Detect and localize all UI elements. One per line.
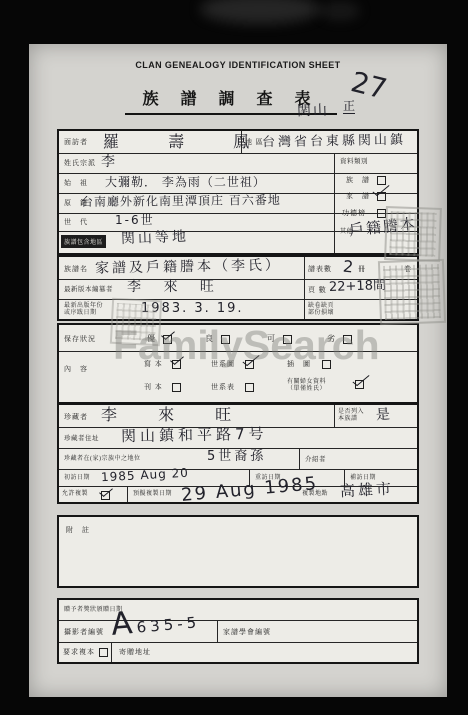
content-print-label: 刊 本 [144,383,163,391]
handwritten-check-mark: 正 [343,100,355,114]
condition-poor-checkbox [343,335,352,344]
holder-position-label: 珍藏者在(家)宗族中之地位 [64,456,141,463]
women-label-line2: （單僅姓氏） [287,386,326,392]
society-number-label: 家譜學會編號 [223,628,271,636]
copy-place-value: 高雄市 [340,482,395,500]
copy-date-value: 29 Aug 1985 [180,475,318,505]
pages-value: 22+18間 [329,279,386,294]
scanned-genealogy-sheet: { "header": { "en_title": "CLAN GENEALOG… [0,0,468,715]
surname-value: 李 [101,155,115,169]
volumes-unit-ce: 冊 [358,265,366,273]
section-subject-table: 面訪者 羅 壽 鳳 地 區 台灣省台東縣関山鎮 姓氏宗派 李 始 祖 大彌勒． … [57,129,419,255]
section-genealogy-table: 族譜名 家譜及戶籍謄本（李氏） 譜表數 2 冊 卷 最新版本編纂者 李 來 旺 … [57,255,419,321]
condition-label: 保存狀況 [64,335,96,343]
content-manuscript-label: 寫 本 [144,360,163,368]
missing-label: 缺卷缺頁 部份損壞 [308,303,334,317]
content-table-label: 世系表 [211,383,235,391]
missing-label-line1: 缺卷缺頁 [308,303,334,309]
request-copy-label: 要求複本 [63,648,95,656]
condition-fair-label: 可 [267,334,277,344]
content-label: 內 容 [64,365,88,373]
pubdate-label-line1: 最新出版年份 [64,303,103,309]
first-visit-value: 1985 Aug 20 [101,467,189,484]
holder-address-value: 関山鎮和平路7号 [121,427,268,445]
interviewee-label: 面訪者 [64,138,88,146]
category-other-value: 戶籍謄本 [348,216,417,238]
mailing-address-label: 寄贈地址 [119,648,151,656]
condition-good-checkbox [221,335,230,344]
condition-good-label: 良 [205,334,215,344]
holder-address-label: 珍藏者住址 [64,435,99,443]
handwritten-place: 関山 [297,103,329,118]
compiler-label: 最新版本編纂者 [64,286,113,294]
handwritten-number: 27 [348,68,389,104]
content-chart-label: 世系圖 [211,360,235,368]
holder-label: 珍藏者 [64,413,88,421]
first-ancestor-value: 大彌勒． 李為雨（二世祖） [105,176,266,188]
pubdate-value: 1983. 3. 19. [141,302,244,315]
copy-permit-label: 允許複製 [62,491,88,498]
film-smudge [200,0,320,24]
section-notes-table: 附 註 [57,515,419,588]
pubdate-label-line2: 或序跋日期 [64,310,97,316]
condition-excellent-label: 優 [147,334,157,344]
listed-label-line1: 是否列入 [338,409,364,415]
notes-label: 附 註 [66,526,90,534]
introducer-label: 介紹者 [305,456,326,464]
volumes-value: 2 [342,259,354,276]
generations-label: 世 代 [64,218,88,226]
photographer-number-label: 攝影者編號 [64,628,104,636]
coverage-value: 関山等地 [121,230,189,246]
listed-label-line2: 本族譜 [338,416,358,422]
condition-poor-label: 劣 [327,334,337,344]
copy-date-label: 預擬複製日期 [133,491,172,498]
origin-value: 台南廳外新化南里潭頂庄 百六番地 [81,194,281,208]
volumes-unit-juan: 卷 [404,265,412,273]
section-condition-table: 保存狀況 優 良 可 劣 內 容 寫 本 世系圖 插 圖 刊 本 世系表 有關婦… [57,323,419,404]
volumes-label: 譜表數 [308,265,332,273]
category-item-zupu: 族 譜 [346,176,370,184]
content-table-checkbox [245,383,254,392]
document-page: CLAN GENEALOGY IDENTIFICATION SHEET 族 譜 … [29,44,447,697]
women-label-line1: 有關婦女資料 [287,379,326,385]
photographer-number-value: A635-5 [110,602,201,641]
holder-value: 李 來 旺 [101,407,249,423]
missing-label-line2: 部份損壞 [308,310,334,316]
gongdebang-checkbox [377,209,386,218]
category-item-gongdebang: 功德榜 [342,209,366,217]
content-illustration-checkbox [322,360,331,369]
pages-label: 頁 數 [308,286,327,294]
section-holder-table: 珍藏者 李 來 旺 是否列入 本族譜 是 珍藏者住址 関山鎮和平路7号 珍藏者在… [57,403,419,504]
content-women-label: 有關婦女資料 （單僅姓氏） [287,379,326,393]
generations-value: 1-6世 [115,214,155,226]
area-label: 地 區 [245,138,264,146]
genealogy-title-label: 族譜名 [64,265,88,273]
genealogy-title-value: 家譜及戶籍謄本（李氏） [95,258,282,275]
english-title: CLAN GENEALOGY IDENTIFICATION SHEET [29,60,447,70]
area-value: 台灣省台東縣関山鎮 [262,134,406,150]
first-visit-label: 初訪日期 [64,475,90,482]
listed-label: 是否列入 本族譜 [338,409,364,423]
listed-value: 是 [376,408,391,423]
content-illustration-label: 插 圖 [287,360,311,368]
category-item-jiapu: 家 譜 [346,192,370,200]
surname-label: 姓氏宗派 [64,159,96,167]
holder-position-value: 5世裔孫 [207,450,266,463]
condition-fair-checkbox [283,335,292,344]
first-ancestor-label: 始 祖 [64,179,88,187]
content-print-checkbox [172,383,181,392]
film-smudge [320,2,360,20]
request-copy-checkbox [99,648,108,657]
category-title: 資料類別 [340,158,368,166]
coverage-label: 族譜包含地區 [61,235,106,248]
compiler-value: 李 來 旺 [127,280,223,294]
pubdate-label: 最新出版年份 或序跋日期 [64,303,103,317]
section-admin-table: 贈予者獎狀頒贈日期 攝影者編號 A635-5 家譜學會編號 要求複本 寄贈地址 [57,598,419,664]
